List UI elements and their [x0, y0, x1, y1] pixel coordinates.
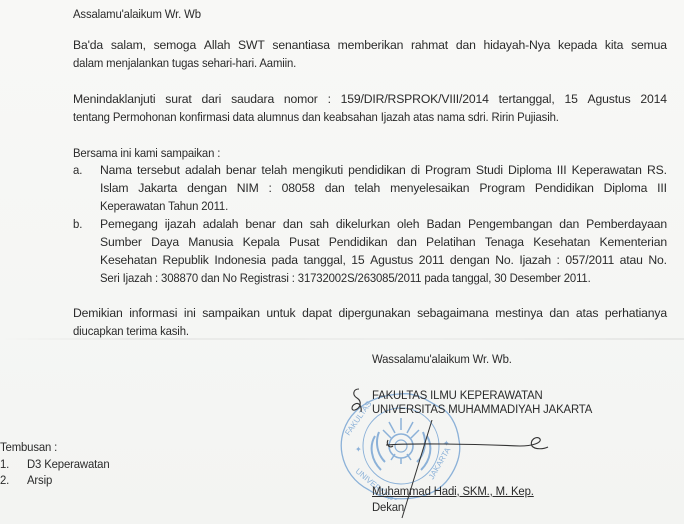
word: Republik [163, 251, 209, 269]
university-name: UNIVERSITAS MUHAMMADIYAH JAKARTA [372, 400, 592, 418]
word: telah [261, 161, 287, 179]
word: informasi [129, 304, 177, 322]
word: tanggal, [304, 251, 346, 269]
handwritten-signature-icon [380, 420, 560, 520]
word: semua [631, 36, 667, 54]
word: saudara [231, 90, 274, 108]
word: di [411, 161, 420, 179]
opening-line-1: Ba'dasalam,semogaAllahSWTsenantiasamembe… [73, 36, 667, 54]
word: adalah [185, 161, 221, 179]
signoff: Wassalamu'alaikum Wr. Wb. [372, 350, 512, 368]
word: III [557, 161, 567, 179]
word: sampaikan [202, 304, 260, 322]
word: Kesehatan [533, 233, 590, 251]
closing-line-1: Demikianinformasiinisampaikanuntukdapatd… [73, 304, 667, 322]
word: ini [184, 304, 196, 322]
word: Menindaklanjuti [73, 90, 155, 108]
word: Kesehatan [100, 251, 157, 269]
word: benar [226, 161, 256, 179]
word: tersebut [137, 161, 180, 179]
word: 159/DIR/RSPROK/VIII/2014 [341, 90, 489, 108]
word: nomor [284, 90, 318, 108]
greeting: Assalamu'alaikum Wr. Wb [73, 5, 201, 23]
cc-label: Tembusan : [0, 438, 57, 456]
word: 2011 [419, 251, 445, 269]
word: Demikian [73, 304, 123, 322]
word: perhatianya [605, 304, 667, 322]
word: Indonesia [214, 251, 266, 269]
reference-line-2: tentang Permohonan konfirmasi data alumn… [73, 108, 559, 126]
word: : [269, 179, 272, 197]
word: semoga [154, 36, 196, 54]
word: benar [245, 215, 275, 233]
word: sebagaimana [417, 304, 489, 322]
cc-item-2-text: Arsip [27, 471, 52, 489]
word: Kementerian [600, 233, 667, 251]
word: ijazah [165, 215, 196, 233]
word: No. [495, 251, 514, 269]
signatory-title: Dekan [372, 498, 404, 516]
word: Pengembangan [468, 215, 552, 233]
word: salam, [111, 36, 146, 54]
opening-line-2: dalam menjalankan tugas sehari-hari. Aam… [73, 54, 296, 72]
word: oleh [397, 215, 419, 233]
word: Pemegang [100, 215, 158, 233]
point-a-marker: a. [73, 161, 82, 179]
word: adalah [203, 215, 239, 233]
word: Islam [100, 179, 128, 197]
word: dipergunakan [338, 304, 410, 322]
word: Program [479, 179, 525, 197]
word: 057/2011 [565, 251, 614, 269]
word: dan [559, 215, 579, 233]
word: Ba'da [73, 36, 103, 54]
word: Agustus [370, 251, 413, 269]
word: No. [648, 251, 667, 269]
point-b-marker: b. [73, 215, 82, 233]
point-b-line-4: Seri Ijazah : 308870 dan No Registrasi :… [100, 269, 591, 287]
word: NIM [237, 179, 259, 197]
word: menyelesaikan [390, 179, 469, 197]
word: dengan [450, 251, 490, 269]
word: telah [354, 179, 380, 197]
word: dan [325, 179, 345, 197]
word: mestinya [495, 304, 543, 322]
word: Manusia [188, 233, 233, 251]
word: pendidikan [348, 161, 405, 179]
word: dan [283, 215, 303, 233]
word: senantiasa [272, 36, 329, 54]
word: Badan [426, 215, 461, 233]
word: sah [310, 215, 329, 233]
word: dan [549, 304, 569, 322]
word: Pemberdayaan [586, 215, 667, 233]
word: Sumber [100, 233, 142, 251]
initial-scribble-icon [349, 386, 365, 416]
word: Pendidikan [535, 179, 594, 197]
point-b-line-2: SumberDayaManusiaKepalaPusatPendidikanda… [100, 233, 667, 251]
word: Kepala [243, 233, 280, 251]
word: Tenaga [485, 233, 524, 251]
word: Jakarta [138, 179, 177, 197]
word: kepada [558, 36, 597, 54]
word: Program [425, 161, 471, 179]
word: Pusat [289, 233, 319, 251]
word: Pelatihan [426, 233, 475, 251]
point-a-line-1: Namatersebutadalahbenartelahmengikutipen… [100, 161, 667, 179]
word: atas [576, 304, 598, 322]
word: dan [456, 36, 476, 54]
svg-text:✦: ✦ [355, 445, 362, 454]
word: mengikuti [292, 161, 343, 179]
word: : [557, 251, 560, 269]
word: Nama [100, 161, 132, 179]
word: dapat [302, 304, 332, 322]
word: Diploma [604, 179, 648, 197]
word: Allah [204, 36, 230, 54]
word: dari [202, 90, 222, 108]
word: atau [620, 251, 643, 269]
cc-item-2-number: 2. [0, 471, 9, 489]
word: untuk [266, 304, 295, 322]
point-b-line-3: KesehatanRepublikIndonesiapadatanggal,15… [100, 251, 667, 269]
word: hidayah-Nya [483, 36, 550, 54]
point-b-line-1: Pemegangijazahadalahbenardansahdikelurka… [100, 215, 667, 233]
word: 15 [564, 90, 577, 108]
reference-line-1: Menindaklanjutisuratdarisaudaranomor:159… [73, 90, 667, 108]
word: pada [271, 251, 298, 269]
word: SWT [238, 36, 265, 54]
word: surat [165, 90, 191, 108]
word: Diploma [508, 161, 552, 179]
closing-line-2: diucapkan terima kasih. [73, 322, 189, 340]
word: dengan [187, 179, 227, 197]
word: kita [605, 36, 623, 54]
word: tertanggal, [499, 90, 555, 108]
word: III [657, 179, 667, 197]
word: Studi [476, 161, 503, 179]
word: Daya [151, 233, 179, 251]
word: RS. [647, 161, 667, 179]
word: 2014 [640, 90, 667, 108]
word: 15 [351, 251, 364, 269]
word: Ijazah [519, 251, 551, 269]
word: dikelurkan [336, 215, 390, 233]
word: dan [397, 233, 417, 251]
word: 08058 [282, 179, 315, 197]
statement-intro: Bersama ini kami sampaikan : [73, 144, 220, 162]
word: Keperawatan [572, 161, 642, 179]
word: : [328, 90, 331, 108]
point-a-line-2: IslamJakartadenganNIM:08058dantelahmenye… [100, 179, 667, 197]
word: rahmat [411, 36, 448, 54]
word: Pendidikan [329, 233, 388, 251]
point-a-line-3: Keperawatan Tahun 2011. [100, 197, 228, 215]
word: memberikan [338, 36, 404, 54]
word: Agustus [588, 90, 631, 108]
